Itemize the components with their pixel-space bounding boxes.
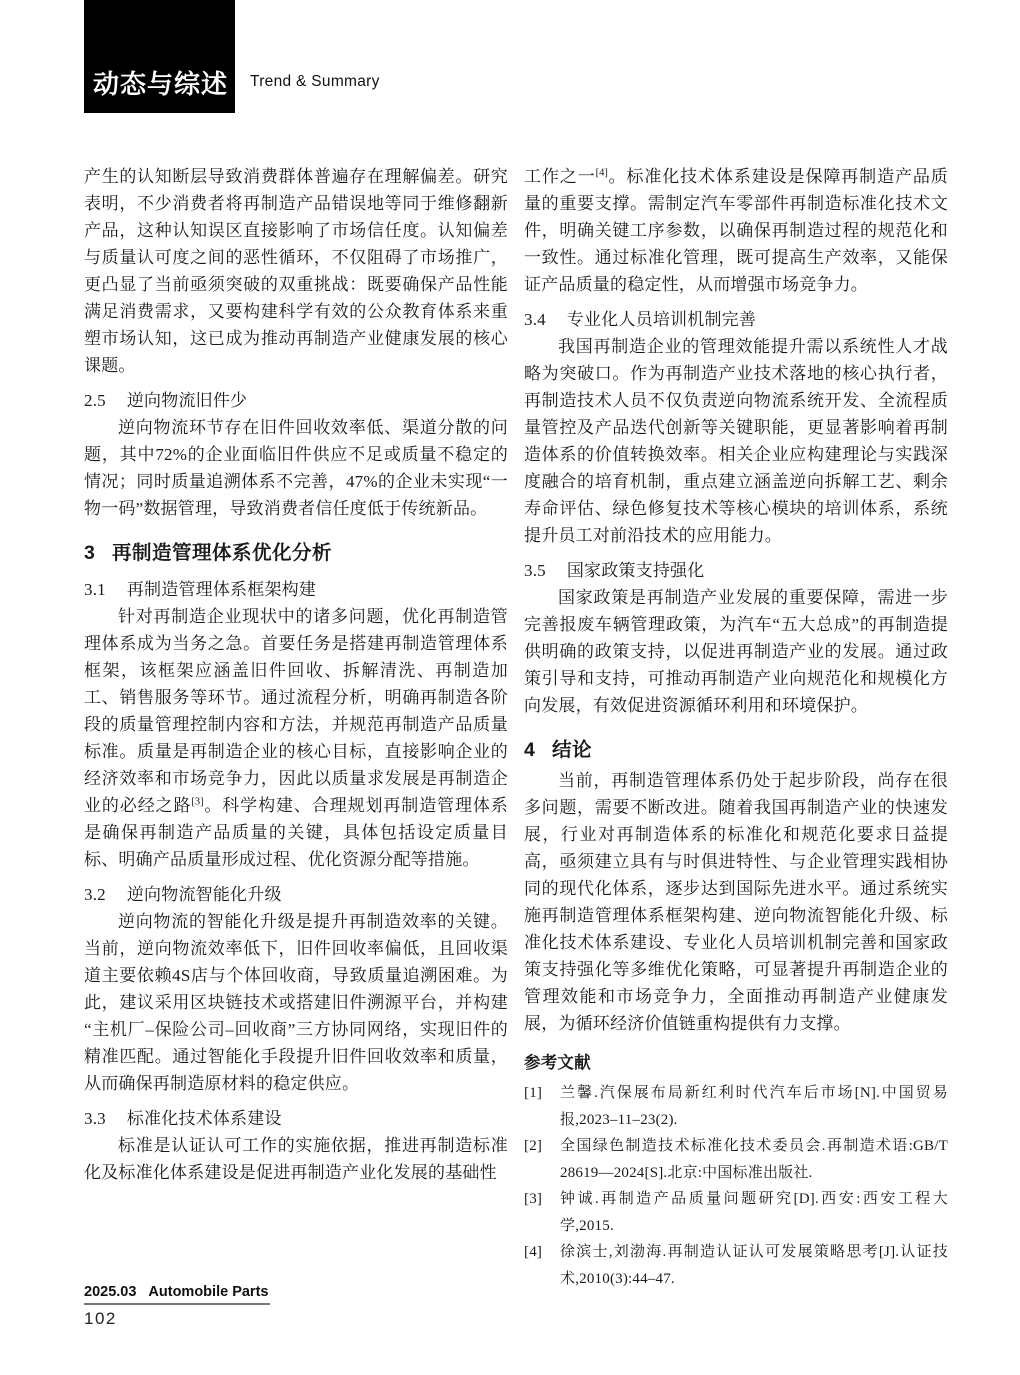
paragraph-text: 针对再制造企业现状中的诸多问题，优化再制造管理体系成为当务之急。首要任务是搭建再… [84, 607, 508, 815]
paragraph-3-3: 标准是认证认可工作的实施依据，推进再制造标准化及标准化体系建设是促进再制造产业化… [84, 1132, 508, 1186]
paragraph-3-1: 针对再制造企业现状中的诸多问题，优化再制造管理体系成为当务之急。首要任务是搭建再… [84, 603, 508, 873]
reference-label: [1] [524, 1080, 542, 1107]
heading-title: 标准化技术体系建设 [127, 1105, 282, 1132]
heading-4: 4结论 [524, 735, 948, 765]
heading-number: 3.2 [84, 881, 106, 908]
reference-item: [4]徐滨士,刘渤海.再制造认证认可发展策略思考[J].认证技术,2010(3)… [524, 1239, 948, 1292]
paragraph-continuation: 产生的认知断层导致消费群体普遍存在理解偏差。研究表明，不少消费者将再制造产品错误… [84, 163, 508, 379]
paragraph-3-5: 国家政策是再制造产业发展的重要保障，需进一步完善报废车辆管理政策，为汽车“五大总… [524, 584, 948, 719]
heading-number: 3.3 [84, 1105, 106, 1132]
paragraph-continuation: 工作之一[4]。标准化技术体系建设是保障再制造产品质量的重要支撑。需制定汽车零部… [524, 163, 948, 298]
journal-page: 动态与综述 Trend & Summary 产生的认知断层导致消费群体普遍存在理… [0, 0, 1020, 1375]
heading-3-1: 3.1再制造管理体系框架构建 [84, 576, 508, 603]
issue-date: 2025.03 [84, 1284, 136, 1300]
paragraph-2-5: 逆向物流环节存在旧件回收效率低、渠道分散的问题，其中72%的企业面临旧件供应不足… [84, 414, 508, 522]
heading-title: 再制造管理体系框架构建 [127, 576, 316, 603]
heading-title: 逆向物流智能化升级 [127, 881, 282, 908]
journal-issue-line: 2025.03Automobile Parts [84, 1284, 270, 1305]
heading-number: 3.4 [524, 306, 546, 333]
heading-title: 逆向物流旧件少 [127, 387, 247, 414]
reference-item: [3]钟诚.再制造产品质量问题研究[D].西安:西安工程大学,2015. [524, 1186, 948, 1239]
heading-3-2: 3.2逆向物流智能化升级 [84, 881, 508, 908]
heading-number: 3.1 [84, 576, 106, 603]
heading-title: 国家政策支持强化 [567, 557, 705, 584]
heading-3-4: 3.4专业化人员培训机制完善 [524, 306, 948, 333]
heading-3: 3再制造管理体系优化分析 [84, 538, 508, 568]
heading-3-3: 3.3标准化技术体系建设 [84, 1105, 508, 1132]
reference-text: 钟诚.再制造产品质量问题研究[D].西安:西安工程大学,2015. [560, 1191, 948, 1234]
reference-text: 徐滨士,刘渤海.再制造认证认可发展策略思考[J].认证技术,2010(3):44… [560, 1244, 948, 1287]
heading-title: 专业化人员培训机制完善 [567, 306, 756, 333]
journal-name: Automobile Parts [148, 1284, 268, 1300]
heading-number: 4 [524, 735, 535, 765]
reference-label: [4] [524, 1239, 542, 1266]
paragraph-4: 当前，再制造管理体系仍处于起步阶段，尚存在很多问题，需要不断改进。随着我国再制造… [524, 767, 948, 1037]
heading-title: 再制造管理体系优化分析 [112, 538, 332, 568]
page-number: 102 [84, 1309, 270, 1329]
page-footer: 2025.03Automobile Parts 102 [84, 1283, 270, 1329]
paragraph-3-4: 我国再制造企业的管理效能提升需以系统性人才战略为突破口。作为再制造产业技术落地的… [524, 333, 948, 549]
heading-number: 2.5 [84, 387, 106, 414]
section-badge-label: 动态与综述 [93, 64, 228, 101]
paragraph-text: 。标准化技术体系建设是保障再制造产品质量的重要支撑。需制定汽车零部件再制造标准化… [524, 167, 948, 294]
reference-item: [1]兰馨.汽保展布局新红利时代汽车后市场[N].中国贸易报,2023–11–2… [524, 1080, 948, 1133]
heading-number: 3 [84, 538, 95, 568]
references-title: 参考文献 [524, 1051, 948, 1075]
heading-2-5: 2.5逆向物流旧件少 [84, 387, 508, 414]
reference-item: [2]全国绿色制造技术标准化技术委员会.再制造术语:GB/T 28619—202… [524, 1133, 948, 1186]
reference-label: [3] [524, 1186, 542, 1213]
paragraph-3-2: 逆向物流的智能化升级是提升再制造效率的关键。当前，逆向物流效率低下，旧件回收率偏… [84, 908, 508, 1097]
citation-ref-4: [4] [596, 167, 608, 178]
heading-number: 3.5 [524, 557, 546, 584]
citation-ref-3: [3] [191, 796, 203, 807]
paragraph-text: 工作之一 [524, 167, 596, 186]
reference-label: [2] [524, 1133, 542, 1160]
heading-3-5: 3.5国家政策支持强化 [524, 557, 948, 584]
reference-text: 兰馨.汽保展布局新红利时代汽车后市场[N].中国贸易报,2023–11–23(2… [560, 1085, 948, 1128]
section-badge-english: Trend & Summary [250, 73, 380, 91]
right-column: 工作之一[4]。标准化技术体系建设是保障再制造产品质量的重要支撑。需制定汽车零部… [524, 163, 948, 1292]
references-list: [1]兰馨.汽保展布局新红利时代汽车后市场[N].中国贸易报,2023–11–2… [524, 1080, 948, 1292]
section-badge: 动态与综述 [84, 0, 235, 113]
reference-text: 全国绿色制造技术标准化技术委员会.再制造术语:GB/T 28619—2024[S… [560, 1138, 948, 1181]
heading-title: 结论 [552, 735, 592, 765]
left-column: 产生的认知断层导致消费群体普遍存在理解偏差。研究表明，不少消费者将再制造产品错误… [84, 163, 508, 1186]
